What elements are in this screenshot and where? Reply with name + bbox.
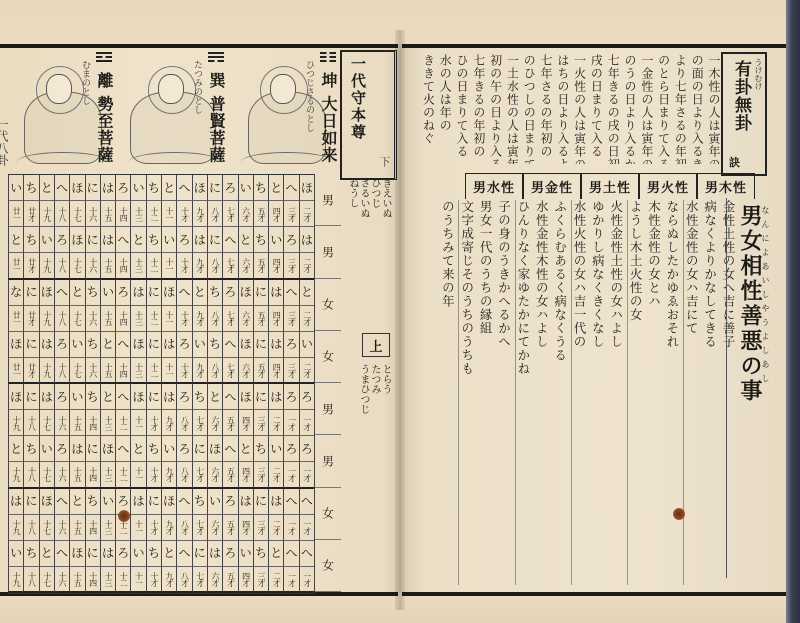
deity-kana: ひつじさるのとし bbox=[303, 60, 316, 132]
table-cell: な bbox=[8, 280, 23, 306]
table-cell: 二才 bbox=[299, 201, 314, 227]
table-cell: ろ bbox=[222, 489, 237, 515]
table-cell: い bbox=[207, 489, 222, 515]
table-cell: い bbox=[100, 489, 115, 515]
table-cell: 十六 bbox=[54, 515, 69, 541]
text-column: ひの日まりて入る bbox=[454, 54, 468, 164]
table-cell: 十三 bbox=[100, 462, 115, 488]
table-cell: ろ bbox=[54, 227, 69, 253]
table-cell: と bbox=[299, 280, 314, 306]
table-cell: 八才 bbox=[176, 515, 191, 541]
table-cell: へ bbox=[299, 541, 314, 567]
section-title-box: なんによあいしやうよしあし 男女相性善悪の事 bbox=[726, 198, 767, 578]
table-cell: ほ bbox=[100, 436, 115, 462]
table-cell: へ bbox=[176, 175, 191, 201]
table-cell: 十八 bbox=[23, 410, 38, 436]
table-cell: 十二 bbox=[115, 462, 130, 488]
deity-name: 坤 大日如来 bbox=[317, 72, 340, 164]
table-cell: 十五 bbox=[100, 201, 115, 227]
table-cell: に bbox=[207, 227, 222, 253]
table-cell: い bbox=[8, 175, 23, 201]
gender-label: 女 bbox=[315, 540, 341, 592]
table-cell: に bbox=[146, 384, 161, 410]
table-cell: ろ bbox=[222, 541, 237, 567]
table-cell: ほ bbox=[69, 227, 84, 253]
figure-head bbox=[158, 74, 184, 104]
table-cell: 十四 bbox=[85, 462, 100, 488]
table-cell: い bbox=[299, 332, 314, 358]
table-cell: ほ bbox=[238, 280, 253, 306]
table-cell: ほ bbox=[299, 175, 314, 201]
table-cell: は bbox=[207, 541, 222, 567]
table-cell: ほ bbox=[8, 384, 23, 410]
table-cell: は bbox=[161, 384, 176, 410]
table-cell: 四才 bbox=[268, 358, 283, 384]
table-cell: 十一 bbox=[161, 201, 176, 227]
table-cell: は bbox=[268, 384, 283, 410]
table-cell: と bbox=[238, 436, 253, 462]
table-cell: 十九 bbox=[39, 306, 54, 332]
table-cell: ち bbox=[23, 227, 38, 253]
text-column: のうの日より入るか bbox=[622, 54, 636, 164]
compatibility-text: 金性土性の女へ吉に善子病なくよりかなしてきる水性金性の女ハ吉にてならぬしたかゆゑ… bbox=[405, 200, 735, 590]
table-cell: へ bbox=[115, 227, 130, 253]
text-column: より七年さるの年初 bbox=[673, 54, 687, 164]
paper-stain bbox=[673, 508, 685, 520]
text-column: 戌の日まりて入る bbox=[589, 54, 603, 164]
table-cell: 六才 bbox=[207, 462, 222, 488]
table-cell: 十六 bbox=[85, 253, 100, 279]
table-cell: に bbox=[23, 384, 38, 410]
table-cell: ち bbox=[85, 384, 100, 410]
table-cell: は bbox=[39, 332, 54, 358]
table-cell: ち bbox=[146, 541, 161, 567]
table-cell: 十八 bbox=[23, 515, 38, 541]
table-cell: ろ bbox=[115, 175, 130, 201]
table-cell: 十四 bbox=[115, 358, 130, 384]
table-cell: 一才 bbox=[299, 462, 314, 488]
table-cell: ほ bbox=[130, 384, 145, 410]
table-cell: ち bbox=[23, 175, 38, 201]
table-cell: 四才 bbox=[238, 410, 253, 436]
table-cell: 十一 bbox=[130, 462, 145, 488]
table-cell: 二才 bbox=[268, 515, 283, 541]
table-cell: へ bbox=[176, 280, 191, 306]
table-cell: 四才 bbox=[268, 253, 283, 279]
table-cell: 廿才 bbox=[23, 358, 38, 384]
table-cell: 十九 bbox=[39, 358, 54, 384]
table-cell: 十才 bbox=[146, 410, 161, 436]
table-cell: と bbox=[100, 384, 115, 410]
table-cell: 八才 bbox=[176, 462, 191, 488]
table-cell: 十六 bbox=[54, 462, 69, 488]
table-cell: ほ bbox=[69, 541, 84, 567]
table-cell: に bbox=[146, 332, 161, 358]
table-cell: 十七 bbox=[39, 567, 54, 593]
table-cell: 廿一 bbox=[8, 358, 23, 384]
table-cell: 十七 bbox=[69, 306, 84, 332]
table-cell: 十五 bbox=[100, 358, 115, 384]
table-cell: 一才 bbox=[283, 515, 298, 541]
table-cell: へ bbox=[54, 541, 69, 567]
table-cell: 十六 bbox=[54, 410, 69, 436]
table-cell: ち bbox=[85, 280, 100, 306]
text-column: のとら日まりて入る bbox=[656, 54, 670, 164]
table-cell: 三才 bbox=[283, 253, 298, 279]
table-cell: 十九 bbox=[8, 462, 23, 488]
table-cell: と bbox=[69, 280, 84, 306]
table-cell: へ bbox=[115, 384, 130, 410]
table-cell: と bbox=[207, 384, 222, 410]
table-cell: ろ bbox=[176, 227, 191, 253]
table-cell: い bbox=[100, 280, 115, 306]
table-cell: い bbox=[161, 436, 176, 462]
text-column: 一火性の人は寅年の十月初 bbox=[572, 54, 586, 164]
text-column: 一木性の人は寅年の三月初 bbox=[706, 54, 720, 164]
table-cell: 四才 bbox=[238, 515, 253, 541]
table-cell: ち bbox=[146, 175, 161, 201]
text-column: 一金性の人は寅年の正月初 bbox=[639, 54, 653, 164]
table-cell: 九才 bbox=[161, 410, 176, 436]
table-cell: 十九 bbox=[8, 410, 23, 436]
table-cell: 廿一 bbox=[8, 253, 23, 279]
table-cell: は bbox=[69, 436, 84, 462]
table-cell: ろ bbox=[54, 332, 69, 358]
table-cell: 九才 bbox=[192, 253, 207, 279]
table-cell: い bbox=[39, 227, 54, 253]
table-cell: 十七 bbox=[39, 410, 54, 436]
table-cell: い bbox=[192, 332, 207, 358]
table-cell: に bbox=[23, 332, 38, 358]
table-cell: 十一 bbox=[130, 567, 145, 593]
table-cell: へ bbox=[283, 541, 298, 567]
table-cell: 十四 bbox=[115, 201, 130, 227]
right-frame-bottom-rule bbox=[402, 592, 786, 596]
table-cell: 六才 bbox=[207, 515, 222, 541]
table-cell: に bbox=[146, 280, 161, 306]
table-cell: へ bbox=[115, 436, 130, 462]
text-column: 一土水性の人は寅年の八月 bbox=[505, 54, 519, 164]
figure-head bbox=[270, 74, 296, 104]
table-cell: 十四 bbox=[115, 253, 130, 279]
table-cell: い bbox=[238, 175, 253, 201]
table-cell: ろ bbox=[176, 436, 191, 462]
text-column: 水の人は年の bbox=[437, 54, 451, 164]
text-column: 火性金性土性の女ハよし bbox=[608, 200, 622, 585]
table-cell: 二才 bbox=[299, 358, 314, 384]
deity-name: 離 勢至菩薩 bbox=[93, 72, 116, 164]
figure-head bbox=[46, 74, 72, 104]
gender-label: 女 bbox=[315, 488, 341, 540]
table-cell: 九才 bbox=[161, 515, 176, 541]
table-cell: 十三 bbox=[130, 253, 145, 279]
table-cell: ろ bbox=[283, 384, 298, 410]
gender-label: 男 bbox=[315, 383, 341, 435]
text-column: 初の午の日より入るか bbox=[488, 54, 502, 164]
gender-column: 男男女女男男女女 bbox=[314, 174, 341, 592]
table-cell: ほ bbox=[238, 384, 253, 410]
table-cell: 廿才 bbox=[23, 253, 38, 279]
table-cell: ろ bbox=[54, 384, 69, 410]
table-cell: へ bbox=[54, 175, 69, 201]
text-column: 子の身のうきかへるかへ bbox=[496, 200, 510, 585]
text-column: 病なくよりかなしてきる bbox=[702, 200, 716, 585]
table-cell: 十九 bbox=[39, 201, 54, 227]
table-cell: ろ bbox=[283, 332, 298, 358]
table-cell: は bbox=[268, 280, 283, 306]
table-cell: 十二 bbox=[115, 567, 130, 593]
table-cell: 五才 bbox=[253, 201, 268, 227]
table-cell: 十一 bbox=[161, 253, 176, 279]
table-cell: 七才 bbox=[222, 253, 237, 279]
table-cell: 五才 bbox=[222, 567, 237, 593]
table-cell: へ bbox=[222, 384, 237, 410]
table-cell: 六才 bbox=[238, 358, 253, 384]
table-cell: 六才 bbox=[207, 567, 222, 593]
column-header: 男土性 bbox=[581, 173, 639, 199]
text-column: ゆかりし病なくきくなし bbox=[590, 200, 604, 585]
book-cover-edge bbox=[786, 0, 800, 623]
table-cell: 四才 bbox=[238, 462, 253, 488]
kaiketsu-suffix: 訣 bbox=[729, 154, 740, 170]
table-cell: 三才 bbox=[283, 306, 298, 332]
trigram-kun-icon bbox=[320, 52, 336, 62]
table-cell: へ bbox=[299, 489, 314, 515]
table-cell: ち bbox=[146, 436, 161, 462]
kaiketsu-box: うけむけ 有卦無卦 訣 bbox=[721, 52, 767, 176]
table-cell: ほ bbox=[207, 436, 222, 462]
table-cell: 五才 bbox=[222, 515, 237, 541]
upper-note: ひつじ bbox=[369, 178, 380, 208]
table-cell: に bbox=[253, 384, 268, 410]
table-cell: 十三 bbox=[130, 306, 145, 332]
table-cell: ろ bbox=[283, 436, 298, 462]
deity-kana: たつみのとし bbox=[191, 60, 204, 114]
table-cell: 五才 bbox=[222, 462, 237, 488]
table-cell: い bbox=[8, 541, 23, 567]
table-cell: へ bbox=[115, 332, 130, 358]
table-cell: 四才 bbox=[268, 306, 283, 332]
table-cell: 十二 bbox=[146, 306, 161, 332]
table-cell: に bbox=[146, 489, 161, 515]
table-cell: 一才 bbox=[283, 567, 298, 593]
page-title: 一代守本尊 bbox=[348, 56, 369, 141]
table-cell: 十七 bbox=[39, 515, 54, 541]
table-cell: 廿才 bbox=[23, 201, 38, 227]
table-cell: 七才 bbox=[222, 201, 237, 227]
table-cell: ほ bbox=[39, 489, 54, 515]
table-cell: に bbox=[23, 280, 38, 306]
table-cell: 三才 bbox=[283, 358, 298, 384]
table-cell: に bbox=[253, 332, 268, 358]
table-cell: は bbox=[268, 489, 283, 515]
upper-label: 上 bbox=[362, 333, 390, 357]
text-column: 男女一代のうちの縁組 bbox=[478, 200, 492, 585]
table-cell: ほ bbox=[161, 489, 176, 515]
upper-note: ねうし bbox=[347, 178, 358, 208]
table-cell: 十五 bbox=[69, 567, 84, 593]
text-column: 水性金性木性の女ハよし bbox=[534, 200, 548, 585]
table-cell: 十才 bbox=[176, 201, 191, 227]
table-cell: ち bbox=[146, 227, 161, 253]
table-cell: 五才 bbox=[253, 358, 268, 384]
title-box: 一代守本尊 下 bbox=[340, 50, 397, 180]
table-cell: い bbox=[130, 175, 145, 201]
table-cell: 二才 bbox=[299, 253, 314, 279]
table-cell: 七才 bbox=[192, 410, 207, 436]
table-cell: と bbox=[69, 489, 84, 515]
table-cell: 十才 bbox=[176, 253, 191, 279]
table-cell: に bbox=[192, 436, 207, 462]
table-cell: 三才 bbox=[253, 515, 268, 541]
table-cell: 十三 bbox=[130, 201, 145, 227]
table-cell: 廿才 bbox=[23, 306, 38, 332]
table-cell: と bbox=[39, 541, 54, 567]
table-cell: い bbox=[39, 436, 54, 462]
text-column: 七年さるの年初の bbox=[538, 54, 552, 164]
table-cell: へ bbox=[54, 489, 69, 515]
table-cell: へ bbox=[283, 175, 298, 201]
table-cell: 五才 bbox=[222, 410, 237, 436]
table-cell: 十九 bbox=[39, 253, 54, 279]
table-cell: 十八 bbox=[54, 358, 69, 384]
table-cell: ち bbox=[253, 436, 268, 462]
title-volume: 下 bbox=[376, 156, 392, 167]
table-cell: 十四 bbox=[85, 515, 100, 541]
text-column: ひんりなく家ゆたかにてかね bbox=[515, 200, 530, 585]
table-cell: は bbox=[268, 332, 283, 358]
table-cell: 九才 bbox=[161, 567, 176, 593]
table-cell: は bbox=[130, 280, 145, 306]
table-cell: は bbox=[8, 489, 23, 515]
table-cell: 三才 bbox=[253, 567, 268, 593]
table-cell: い bbox=[268, 227, 283, 253]
deity-kana: むまのとし bbox=[79, 60, 92, 105]
deity-seishi: むまのとし 離 勢至菩薩 bbox=[8, 52, 118, 176]
table-cell: 六才 bbox=[207, 410, 222, 436]
text-column: 七年きるの年初の bbox=[471, 54, 485, 164]
table-cell: 十九 bbox=[8, 567, 23, 593]
table-cell: に bbox=[253, 280, 268, 306]
table-cell: ち bbox=[23, 541, 38, 567]
table-cell: に bbox=[23, 489, 38, 515]
section-title: 男女相性善悪の事 bbox=[735, 204, 766, 404]
table-cell: は bbox=[100, 175, 115, 201]
text-column: のうちみて来の年 bbox=[440, 200, 454, 585]
text-column: 七年きるの戌の日初の bbox=[605, 54, 619, 164]
text-column: ようし木土火性の女 bbox=[627, 200, 642, 585]
compatibility-headers: 男木性男火性男土性男金性男水性 bbox=[465, 173, 755, 199]
table-cell: へ bbox=[222, 436, 237, 462]
table-cell: 十五 bbox=[100, 306, 115, 332]
table-cell: 一才 bbox=[299, 567, 314, 593]
table-cell: 十九 bbox=[8, 515, 23, 541]
table-cell: 四才 bbox=[238, 567, 253, 593]
table-cell: 十四 bbox=[115, 306, 130, 332]
upper-note: きえいぬ bbox=[380, 178, 391, 218]
table-cell: 三才 bbox=[283, 201, 298, 227]
table-cell: 十才 bbox=[146, 567, 161, 593]
table-cell: へ bbox=[54, 280, 69, 306]
text-column: の面の日より入るき bbox=[689, 54, 703, 164]
table-cell: と bbox=[268, 175, 283, 201]
table-cell: 三才 bbox=[253, 410, 268, 436]
table-cell: に bbox=[207, 175, 222, 201]
table-cell: 十二 bbox=[146, 358, 161, 384]
kaiketsu-text: 一木性の人は寅年の三月初の面の日より入るきより七年さるの年初のとら日まりて入る一… bbox=[405, 54, 720, 164]
table-cell: 一才 bbox=[299, 515, 314, 541]
table-cell: 十三 bbox=[100, 410, 115, 436]
table-cell: と bbox=[8, 436, 23, 462]
table-cell: 十八 bbox=[54, 253, 69, 279]
table-cell: と bbox=[192, 280, 207, 306]
table-cell: 十二 bbox=[115, 410, 130, 436]
table-cell: 六才 bbox=[238, 306, 253, 332]
table-cell: 九才 bbox=[192, 201, 207, 227]
table-cell: と bbox=[268, 541, 283, 567]
table-cell: 十才 bbox=[146, 462, 161, 488]
gender-label: 女 bbox=[315, 331, 341, 383]
table-cell: ち bbox=[85, 332, 100, 358]
table-cell: ち bbox=[253, 541, 268, 567]
table-cell: ろ bbox=[222, 280, 237, 306]
table-cell: 一才 bbox=[283, 410, 298, 436]
table-cell: ほ bbox=[39, 280, 54, 306]
table-cell: ろ bbox=[115, 541, 130, 567]
table-cell: 十八 bbox=[23, 462, 38, 488]
table-cell: い bbox=[69, 384, 84, 410]
text-column: ならぬしたかゆゑおそれ bbox=[665, 200, 679, 585]
table-cell: は bbox=[161, 332, 176, 358]
table-cell: と bbox=[161, 175, 176, 201]
column-header: 男金性 bbox=[523, 173, 581, 199]
table-cell: に bbox=[253, 489, 268, 515]
margin-label: 一代八卦 bbox=[0, 118, 11, 166]
table-cell: と bbox=[8, 227, 23, 253]
table-cell: 十八 bbox=[23, 567, 38, 593]
table-cell: 十五 bbox=[69, 410, 84, 436]
table-cell: 一才 bbox=[283, 462, 298, 488]
table-cell: 十五 bbox=[69, 515, 84, 541]
table-cell: に bbox=[85, 175, 100, 201]
table-cell: 十七 bbox=[39, 462, 54, 488]
table-cell: 八才 bbox=[207, 201, 222, 227]
column-header: 男火性 bbox=[639, 173, 697, 199]
table-cell: 十四 bbox=[85, 410, 100, 436]
table-cell: ほ bbox=[69, 175, 84, 201]
table-cell: 十六 bbox=[54, 567, 69, 593]
table-cell: 十二 bbox=[146, 253, 161, 279]
gender-label: 男 bbox=[315, 435, 341, 487]
table-cell: 八才 bbox=[176, 567, 191, 593]
text-column: のひつしの日まりて入る bbox=[521, 54, 535, 164]
text-column: はちの日より入るより bbox=[555, 54, 569, 164]
upper-note: とらう bbox=[380, 364, 391, 394]
table-cell: と bbox=[238, 227, 253, 253]
table-cell: ろ bbox=[222, 175, 237, 201]
table-cell: ち bbox=[23, 436, 38, 462]
table-cell: ほ bbox=[238, 332, 253, 358]
table-cell: に bbox=[85, 227, 100, 253]
table-cell: ほ bbox=[192, 175, 207, 201]
table-cell: は bbox=[130, 489, 145, 515]
table-cell: 八才 bbox=[207, 306, 222, 332]
table-cell: 十一 bbox=[130, 410, 145, 436]
table-cell: い bbox=[130, 541, 145, 567]
table-cell: 十六 bbox=[85, 358, 100, 384]
table-cell: 九才 bbox=[192, 358, 207, 384]
table-cell: 十三 bbox=[100, 567, 115, 593]
